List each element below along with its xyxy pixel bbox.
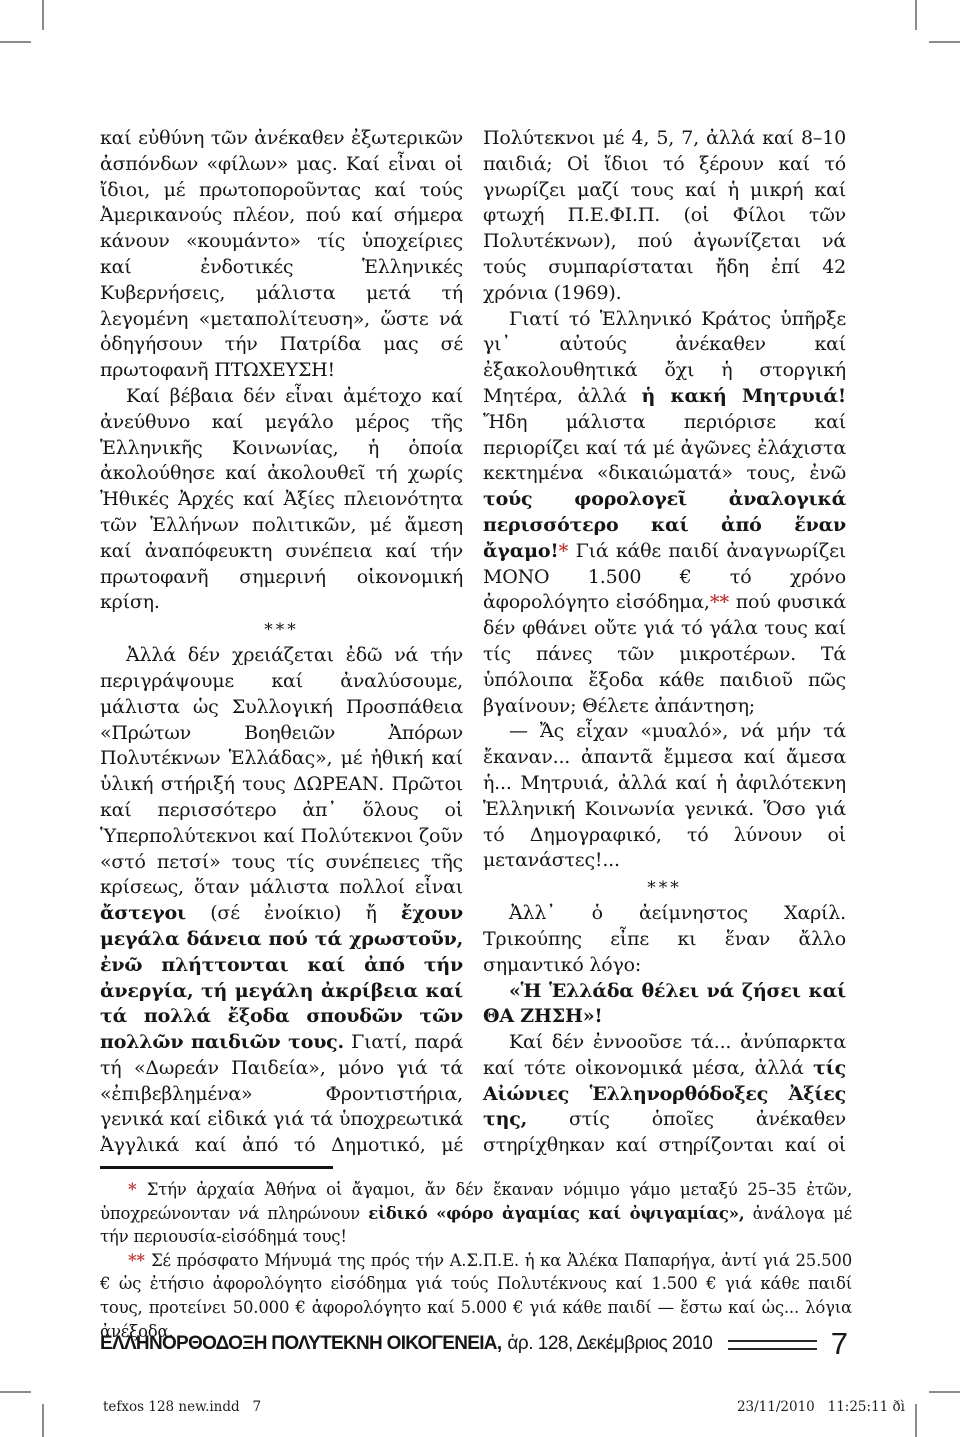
crop-mark-top-left-vertical <box>42 0 44 30</box>
crop-mark-bottom-right-horizontal <box>929 1391 960 1393</box>
slug-filename: tefxos 128 new.indd 7 <box>103 1399 261 1415</box>
footer-double-rule <box>728 1340 816 1350</box>
text-segment: Ἀλλά δέν χρειάζεται ἐδῶ νά τήν περιγράψο… <box>100 644 463 898</box>
text-segment: Ἤδη μάλιστα περιόρισε καί περιορίζει καί… <box>483 411 846 485</box>
text-segment: «Ἡ Ἑλλάδα θέλει νά ζήσει καί ΘΑ ΖΗΣΗ»! <box>483 980 846 1028</box>
paragraph: Καί δέν ἐννοοῦσε τά... ἀνύπαρκτα καί τότ… <box>483 1030 846 1160</box>
crop-mark-bottom-right-vertical <box>915 1404 917 1437</box>
crop-mark-top-right-vertical <box>915 0 917 30</box>
text-column-right: Πολύτεκνοι μέ 4, 5, 7, ἀλλά καί 8–10 παι… <box>483 126 846 1160</box>
text-column-left: καί εὐθύνη τῶν ἀνέκαθεν ἐξωτερικῶν ἀσπόν… <box>100 126 463 1160</box>
crop-mark-bottom-left-vertical <box>42 1404 44 1437</box>
crop-mark-top-left-horizontal <box>0 41 31 43</box>
page-number: 7 <box>831 1328 848 1359</box>
page-footer: ΕΛΛΗΝΟΡΘΟΔΟΞΗ ΠΟΛΥΤΕΚΝΗ ΟΙΚΟΓΕΝΕΙΑ, ἀρ. … <box>100 1328 848 1359</box>
paragraph: Ἀλλ᾿ ὁ ἀείμνηστος Χαρίλ. Τρικούπης εἶπε … <box>483 901 846 978</box>
text-segment: Πολύτεκνοι μέ 4, 5, 7, ἀλλά καί 8–10 παι… <box>483 127 846 304</box>
text-segment: Καί βέβαια δέν εἶναι ἀμέτοχο καί ἀνεύθυν… <box>100 385 463 613</box>
section-separator: *** <box>483 877 846 899</box>
footnote-separator-rule <box>100 1166 333 1169</box>
text-segment: — Ἄς εἶχαν «μυαλό», νά μήν τά ἔκαναν... … <box>483 720 846 871</box>
paragraph: «Ἡ Ἑλλάδα θέλει νά ζήσει καί ΘΑ ΖΗΣΗ»! <box>483 979 846 1031</box>
footnotes-block: * Στήν ἀρχαία Ἀθήνα οἱ ἄγαμοι, ἄν δέν ἔκ… <box>100 1166 852 1343</box>
journal-issue-date: ἀρ. 128, Δεκέμβριος 2010 <box>507 1333 712 1355</box>
text-segment: Ἀλλ᾿ ὁ ἀείμνηστος Χαρίλ. Τρικούπης εἶπε … <box>483 902 846 976</box>
paragraph: Πολύτεκνοι μέ 4, 5, 7, ἀλλά καί 8–10 παι… <box>483 126 846 307</box>
crop-mark-bottom-left-horizontal <box>0 1391 31 1393</box>
text-segment: καί εὐθύνη τῶν ἀνέκαθεν ἐξωτερικῶν ἀσπόν… <box>100 127 463 381</box>
slug-timestamp: 23/11/2010 11:25:11 ðì <box>737 1399 905 1415</box>
text-segment: ἡ κακή Μητρυιά! <box>641 385 846 407</box>
text-segment: * <box>128 1180 147 1199</box>
text-segment: ** <box>710 591 729 613</box>
text-segment: στίς ὁποῖες ἀνέκαθεν στηρίχθηκαν καί στη… <box>483 1108 846 1156</box>
crop-mark-top-right-horizontal <box>929 41 960 43</box>
paragraph: Καί βέβαια δέν εἶναι ἀμέτοχο καί ἀνεύθυν… <box>100 384 463 616</box>
paragraph: Ἀλλά δέν χρειάζεται ἐδῶ νά τήν περιγράψο… <box>100 643 463 1160</box>
article-body: καί εὐθύνη τῶν ἀνέκαθεν ἐξωτερικῶν ἀσπόν… <box>100 126 846 1160</box>
text-segment: * <box>559 540 569 562</box>
text-segment: ** <box>128 1251 151 1270</box>
journal-title: ΕΛΛΗΝΟΡΘΟΔΟΞΗ ΠΟΛΥΤΕΚΝΗ ΟΙΚΟΓΕΝΕΙΑ, <box>100 1333 501 1355</box>
paragraph: καί εὐθύνη τῶν ἀνέκαθεν ἐξωτερικῶν ἀσπόν… <box>100 126 463 384</box>
paragraph: Γιατί τό Ἑλληνικό Κράτος ὑπῆρξε γι᾿ αὐτο… <box>483 307 846 720</box>
magazine-page: καί εὐθύνη τῶν ἀνέκαθεν ἐξωτερικῶν ἀσπόν… <box>0 0 960 1437</box>
text-segment: (σέ ἐνοίκιο) ἤ <box>186 902 401 924</box>
paragraph: — Ἄς εἶχαν «μυαλό», νά μήν τά ἔκαναν... … <box>483 719 846 874</box>
section-separator: *** <box>100 619 463 641</box>
footnote-text: * Στήν ἀρχαία Ἀθήνα οἱ ἄγαμοι, ἄν δέν ἔκ… <box>100 1178 852 1343</box>
paragraph: * Στήν ἀρχαία Ἀθήνα οἱ ἄγαμοι, ἄν δέν ἔκ… <box>100 1178 852 1249</box>
text-segment: ἄστεγοι <box>100 902 186 924</box>
text-segment: Καί δέν ἐννοοῦσε τά... ἀνύπαρκτα καί τότ… <box>483 1031 846 1079</box>
text-segment: εἰδικό «φόρο ἀγαμίας καί ὀψιγαμίας», <box>368 1204 744 1223</box>
